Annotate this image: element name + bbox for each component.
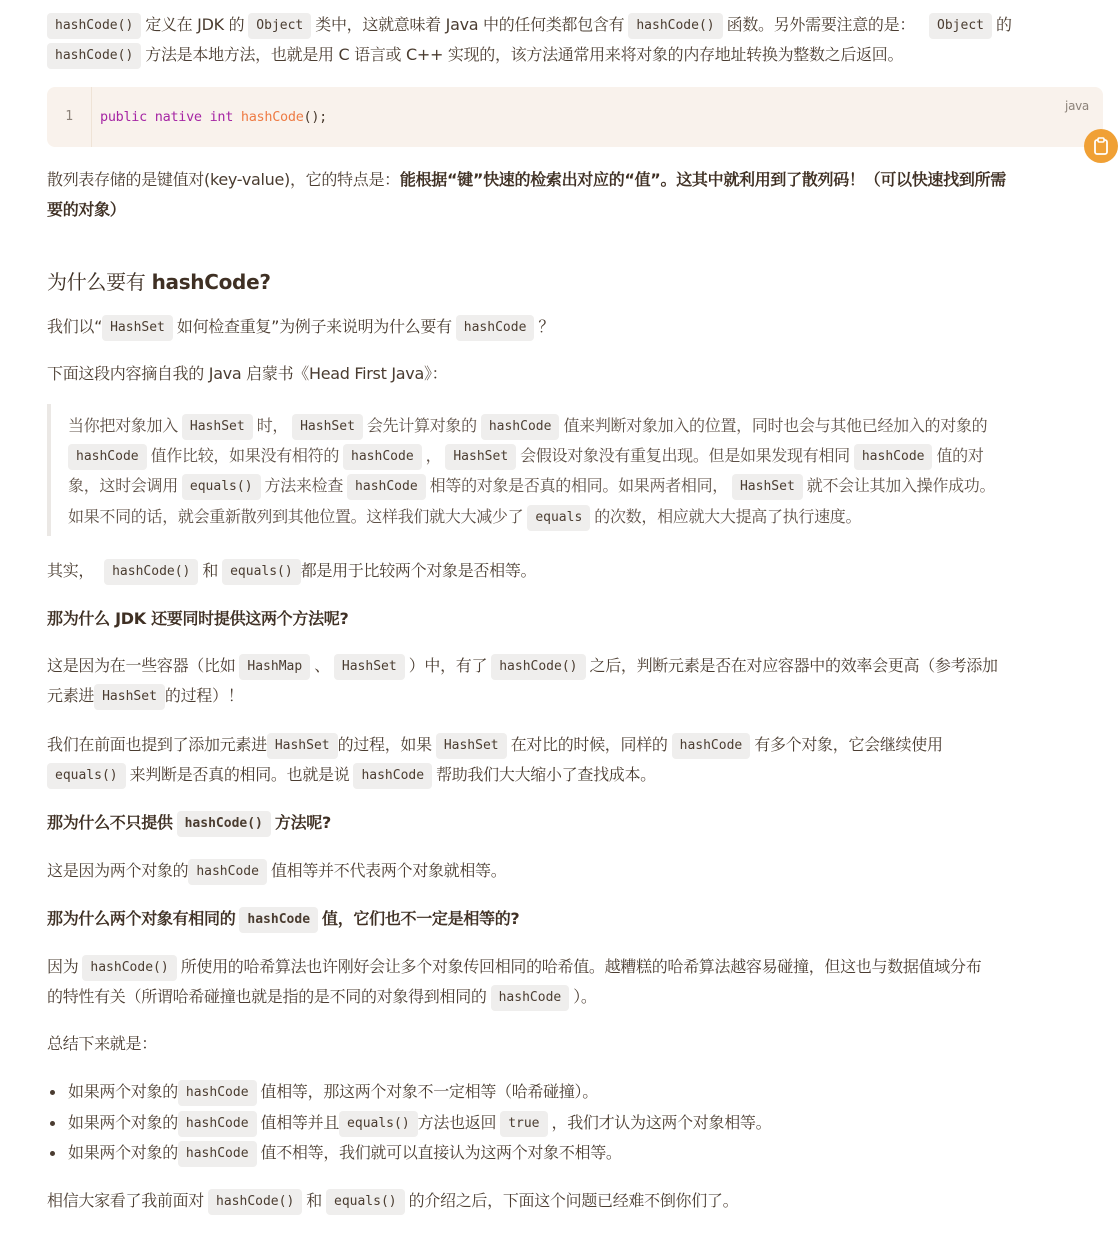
inline-code: HashSet [732, 474, 803, 500]
inline-code: hashCode [178, 1141, 257, 1167]
code-line: public native int hashCode(); [100, 87, 327, 147]
inline-code: hashCode [68, 444, 147, 470]
code-block: 1 public native int hashCode(); java [47, 87, 1103, 147]
mentioned-paragraph-line-2: equals()来判断是否真的相同。也就是说hashCode帮助我们大大缩小了查… [47, 760, 1105, 790]
quote-line-4: 如果不同的话，就会重新散列到其他位置。这样我们就大大减少了equals的次数，相… [68, 502, 1108, 533]
inline-code: equals() [326, 1189, 405, 1215]
section-heading: 为什么要有 hashCode? [47, 266, 271, 295]
intro-paragraph-line-1: hashCode()定义在 JDK 的Object类中，这就意味着 Java 中… [47, 10, 1105, 40]
q2-answer-paragraph: 这是因为两个对象的hashCode值相等并不代表两个对象就相等。 [47, 856, 1105, 886]
list-item: 如果两个对象的hashCode值相等并且equals()方法也返回true，我们… [47, 1108, 771, 1139]
summary-intro: 总结下来就是： [47, 1029, 1105, 1059]
quote-line-3: 象，这时会调用equals()方法来检查hashCode相等的对象是否真的相同。… [68, 471, 1108, 502]
list-item: 如果两个对象的hashCode值相等，那这两个对象不一定相等（哈希碰撞）。 [47, 1077, 771, 1108]
inline-code: hashCode() [104, 559, 198, 585]
inline-code: true [500, 1111, 547, 1137]
inline-code: hashCode() [47, 43, 141, 69]
list-item: 如果两个对象的hashCode值不相等，我们就可以直接认为这两个对象不相等。 [47, 1138, 771, 1169]
inline-code: hashCode() [491, 654, 585, 680]
intro-paragraph-line-2: hashCode()方法是本地方法，也就是用 C 语言或 C++ 实现的，该方法… [47, 40, 1105, 70]
quote-line-1: 当你把对象加入HashSet时，HashSet会先计算对象的hashCode值来… [68, 411, 1108, 442]
clipboard-icon [1093, 137, 1109, 155]
inline-code: Object [248, 13, 311, 39]
containers-paragraph-line-2: 元素进HashSet的过程）！ [47, 681, 1105, 711]
inline-code: hashCode() [47, 13, 141, 39]
inline-code: HashMap [239, 654, 310, 680]
closing-paragraph: 相信大家看了我前面对hashCode()和equals()的介绍之后，下面这个问… [47, 1186, 1105, 1216]
inline-code: equals() [222, 559, 301, 585]
inline-code: equals() [339, 1111, 418, 1137]
inline-code: HashSet [267, 733, 338, 759]
blockquote: 当你把对象加入HashSet时，HashSet会先计算对象的hashCode值来… [47, 404, 1109, 536]
code-language-label: java [1065, 99, 1089, 113]
quote-line-2: hashCode值作比较，如果没有相符的hashCode，HashSet会假设对… [68, 441, 1108, 472]
inline-code: HashSet [334, 654, 405, 680]
inline-code: hashCode() [177, 811, 271, 837]
actually-paragraph: 其实，hashCode()和equals()都是用于比较两个对象是否相等。 [47, 556, 1105, 586]
inline-code: hashCode [491, 985, 570, 1011]
inline-code: hashCode() [208, 1189, 302, 1215]
example-paragraph: 我们以“HashSet如何检查重复”为例子来说明为什么要有hashCode？ [47, 312, 1105, 342]
inline-code: HashSet [445, 444, 516, 470]
inline-code: hashCode() [628, 13, 722, 39]
inline-code: hashCode [239, 907, 318, 933]
inline-code: hashCode [854, 444, 933, 470]
summary-list: 如果两个对象的hashCode值相等，那这两个对象不一定相等（哈希碰撞）。 如果… [47, 1077, 771, 1169]
inline-code: hashCode [672, 733, 751, 759]
inline-code: hashCode [188, 859, 267, 885]
inline-code: equals() [47, 763, 126, 789]
inline-code: HashSet [292, 414, 363, 440]
line-number: 1 [47, 87, 92, 147]
inline-code: Object [929, 13, 992, 39]
inline-code: hashCode [481, 414, 560, 440]
source-paragraph: 下面这段内容摘自我的 Java 启蒙书《Head First Java》： [47, 359, 1105, 389]
inline-code: HashSet [182, 414, 253, 440]
q3-answer-paragraph-line-2: 的特性有关（所谓哈希碰撞也就是指的是不同的对象得到相同的hashCode）。 [47, 982, 1105, 1012]
hash-table-paragraph-line-1: 散列表存储的是键值对(key-value)，它的特点是：能根据“键”快速的检索出… [47, 165, 1105, 195]
inline-code: equals() [182, 474, 261, 500]
hash-table-paragraph-line-2: 要的对象） [47, 195, 1105, 225]
question-heading-1: 那为什么 JDK 还要同时提供这两个方法呢? [47, 604, 1105, 634]
question-heading-2: 那为什么不只提供hashCode()方法呢? [47, 808, 1105, 838]
mentioned-paragraph-line-1: 我们在前面也提到了添加元素进HashSet的过程，如果HashSet在对比的时候… [47, 730, 1105, 760]
containers-paragraph-line-1: 这是因为在一些容器（比如HashMap、HashSet）中，有了hashCode… [47, 651, 1105, 681]
inline-code: hashCode [178, 1111, 257, 1137]
question-heading-3: 那为什么两个对象有相同的hashCode值，它们也不一定是相等的? [47, 904, 1105, 934]
inline-code: HashSet [94, 684, 165, 710]
inline-code: hashCode() [82, 955, 176, 981]
inline-code: hashCode [347, 474, 426, 500]
inline-code: hashCode [353, 763, 432, 789]
inline-code: HashSet [102, 315, 173, 341]
inline-code: hashCode [456, 315, 535, 341]
q3-answer-paragraph-line-1: 因为hashCode()所使用的哈希算法也许刚好会让多个对象传回相同的哈希值。越… [47, 952, 1105, 982]
inline-code: equals [527, 505, 590, 531]
inline-code: HashSet [436, 733, 507, 759]
inline-code: hashCode [178, 1080, 257, 1106]
copy-code-button[interactable] [1084, 129, 1118, 163]
inline-code: hashCode [343, 444, 422, 470]
